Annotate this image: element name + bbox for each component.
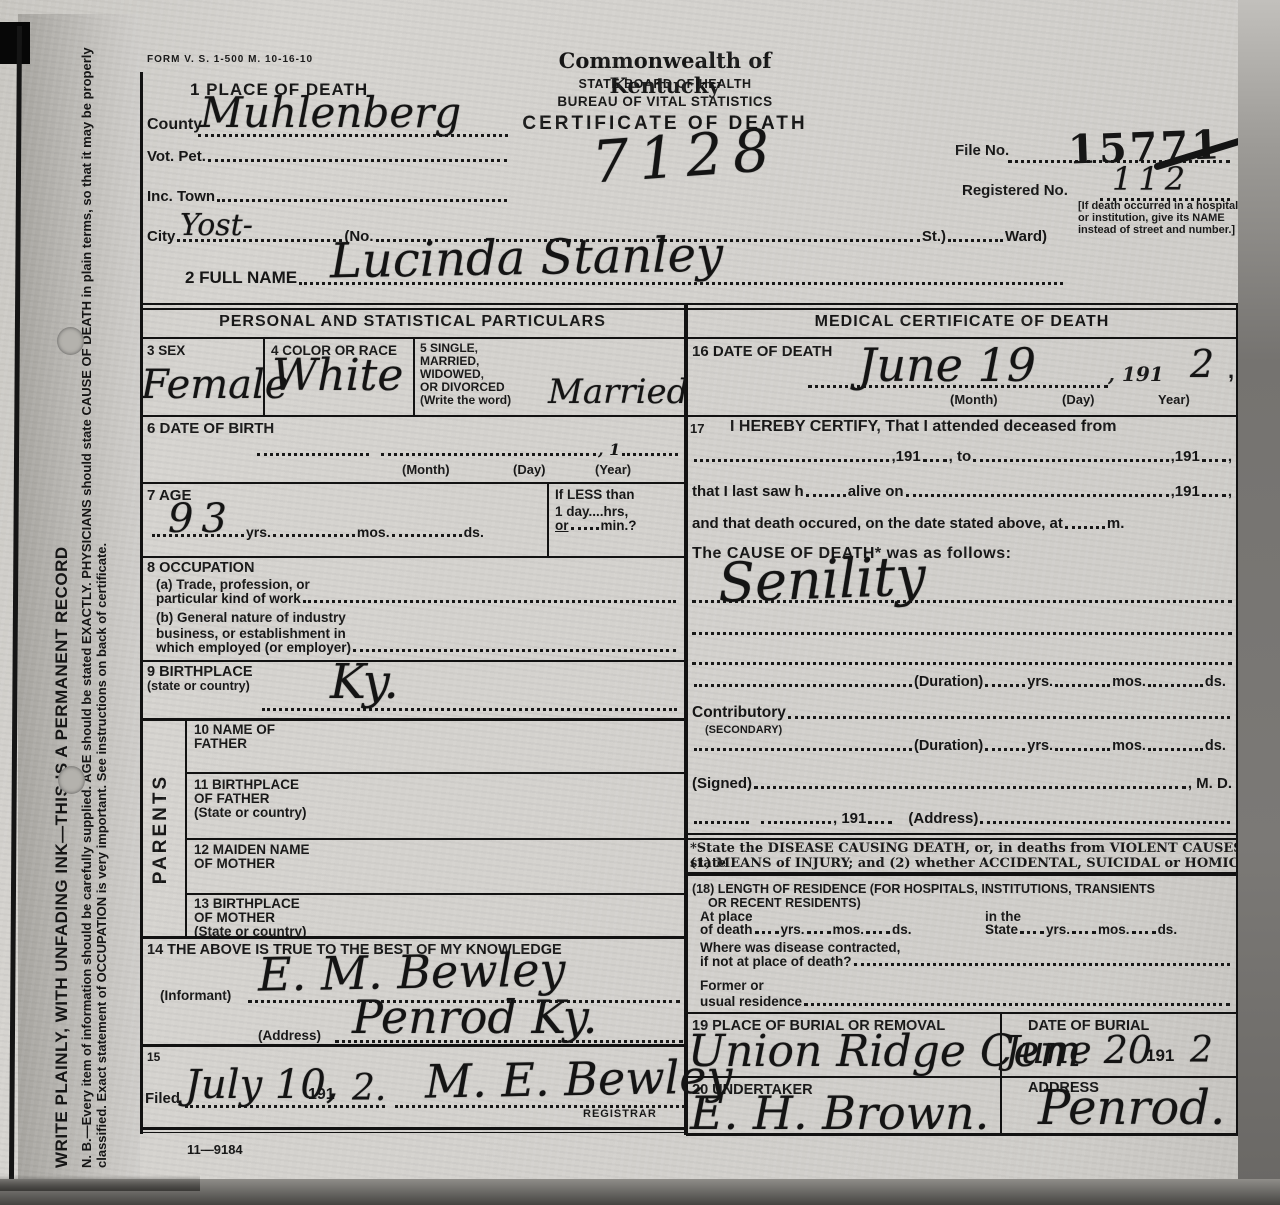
dotted-line [694, 459, 889, 462]
dotted-line [692, 632, 1232, 635]
mos-label: mos. [1112, 674, 1146, 690]
personal-section-title: PERSONAL AND STATISTICAL PARTICULARS [140, 313, 685, 331]
margin-bold-note: WRITE PLAINLY, WITH UNFADING INK—THIS IS… [52, 40, 72, 1168]
duration-label: (Duration) [914, 738, 983, 754]
dob-year-label: (Year) [595, 462, 631, 477]
rule [140, 718, 685, 721]
signed-address-label: (Address) [908, 810, 978, 827]
rule [413, 338, 415, 415]
mother-birthplace-label: 13 BIRTHPLACE OF MOTHER (State or countr… [194, 897, 307, 939]
dotted-line [571, 527, 599, 530]
age-yrs-label: yrs. [246, 524, 271, 540]
age-ds-label: ds. [464, 524, 484, 540]
dotted-line [854, 963, 1230, 966]
ward-label: Ward) [1005, 228, 1047, 245]
written-number: 7128 [590, 116, 782, 197]
signed-label: (Signed) [692, 775, 752, 792]
yrs-label: yrs. [781, 922, 805, 937]
signed-md: , M. D. [1188, 775, 1232, 792]
margin-notes: WRITE PLAINLY, WITH UNFADING INK—THIS IS… [52, 40, 109, 1168]
certify-line4-end: m. [1107, 515, 1125, 532]
dotted-line [1148, 684, 1203, 687]
rule [140, 1127, 685, 1130]
rule [686, 833, 1238, 835]
rule [140, 415, 685, 417]
ds-label: ds. [1205, 674, 1226, 690]
age-mos-label: mos. [357, 524, 390, 540]
filed-year-written: 2. [352, 1068, 386, 1109]
dotted-line [353, 649, 676, 652]
dod-year-label: Year) [1158, 392, 1190, 407]
mother-name-label: 12 MAIDEN NAME OF MOTHER [194, 843, 310, 871]
rule [547, 482, 549, 556]
contributory-label: Contributory [692, 704, 786, 722]
dotted-line [694, 684, 912, 687]
certify-line4: and that death occured, on the date stat… [692, 515, 1063, 532]
rule [140, 337, 1238, 339]
mos-label: mos. [1098, 922, 1130, 937]
registered-no-label: Registered No. [962, 182, 1068, 199]
dotted-line [1055, 748, 1110, 751]
residence-label2: OR RECENT RESIDENTS) [708, 896, 861, 910]
former-label1: Former or [700, 978, 764, 993]
certify-to: , to [949, 448, 972, 465]
registered-no-value: 112 [1112, 160, 1191, 198]
inc-town-label: Inc. Town [147, 188, 215, 205]
dod-comma: , [1228, 358, 1234, 384]
filed-date-written: July 10, [185, 1062, 339, 1108]
dotted-line [303, 600, 676, 603]
dotted-line [1072, 931, 1096, 934]
residence-label1: (18) LENGTH OF RESIDENCE (FOR HOSPITALS,… [692, 882, 1155, 896]
dob-year-prefix: , 1 [598, 440, 620, 459]
dotted-line [1020, 931, 1044, 934]
rule [686, 1012, 1238, 1014]
undertaker-address-value: Penrod. [1038, 1080, 1225, 1136]
dotted-line [755, 931, 779, 934]
form-code: 11—9184 [187, 1142, 243, 1157]
age-less-or: or [555, 518, 569, 533]
marital-value: Married [548, 372, 688, 412]
occupation-a2: particular kind of work [156, 591, 301, 606]
full-name-label: 2 FULL NAME [185, 268, 297, 288]
county-label: County [147, 116, 202, 134]
birthplace-label: 9 BIRTHPLACE [147, 664, 253, 680]
dotted-line [923, 459, 947, 462]
dod-month-label: (Month) [950, 392, 998, 407]
dotted-line [1148, 748, 1203, 751]
medical-section-title: MEDICAL CERTIFICATE OF DEATH [686, 313, 1238, 331]
dotted-line [761, 821, 831, 824]
dotted-line [694, 821, 749, 824]
dotted-line [804, 1003, 1230, 1006]
certify-no: 17 [690, 421, 704, 436]
city-value: Yost- [180, 208, 253, 243]
scan-artifact [1238, 0, 1280, 1205]
footnote-line2: (1) MEANS of INJURY; and (2) whether ACC… [690, 856, 1276, 871]
undertaker-value: E. H. Brown. [690, 1086, 989, 1140]
registrar-label: REGISTRAR [583, 1108, 657, 1120]
dotted-line [1100, 198, 1230, 201]
ds-label: ds. [1205, 738, 1226, 754]
st-label: St.) [922, 228, 946, 245]
rule [140, 1132, 685, 1133]
burial-year-written: 2 [1190, 1030, 1213, 1071]
full-name-value: Lucinda Stanley [330, 227, 724, 290]
dotted-line [906, 494, 1169, 497]
certify-191: ,191 [1171, 483, 1200, 500]
rule [140, 1044, 685, 1047]
rule [140, 482, 685, 484]
certify-comma: , [1228, 448, 1232, 465]
filed-label: Filed [145, 1090, 180, 1107]
dotted-line [868, 821, 892, 824]
bureau-heading: BUREAU OF VITAL STATISTICS [500, 94, 830, 109]
former-label2: usual residence [700, 994, 802, 1009]
dotted-line [866, 931, 890, 934]
dotted-line [262, 708, 677, 711]
dotted-line [788, 716, 1230, 719]
occupation-b2: business, or establishment in [156, 626, 346, 641]
occupation-label: 8 OCCUPATION [147, 560, 254, 576]
rule [140, 660, 685, 662]
secondary-label: (SECONDARY) [705, 724, 782, 736]
marital-label: 5 SINGLE, MARRIED, WIDOWED, OR DIVORCED … [420, 342, 511, 407]
certify-191: ,191 [1171, 448, 1200, 465]
rule [185, 718, 187, 938]
age-less-line1: If LESS than [555, 487, 635, 502]
vot-pet-label: Vot. Pet. [147, 148, 206, 165]
yrs-label: yrs. [1046, 922, 1070, 937]
dotted-line [973, 459, 1168, 462]
death-certificate-scan: WRITE PLAINLY, WITH UNFADING INK—THIS IS… [0, 0, 1280, 1205]
dotted-line [980, 821, 1230, 824]
informant-address-label: (Address) [258, 1028, 321, 1043]
rule [686, 838, 1238, 840]
dotted-line [208, 159, 507, 162]
father-birthplace-label: 11 BIRTHPLACE OF FATHER (State or countr… [194, 778, 307, 820]
dotted-line [622, 453, 678, 456]
father-name-label: 10 NAME OF FATHER [194, 723, 275, 751]
dob-month-label: (Month) [402, 462, 450, 477]
city-label: City [147, 228, 175, 245]
birthplace-sub: (state or country) [147, 679, 250, 693]
age-less-line2: 1 day....hrs, [555, 504, 628, 519]
dotted-line [806, 494, 846, 497]
certify-line3b: alive on [848, 483, 904, 500]
yrs-label: yrs. [1027, 738, 1053, 754]
dotted-line [985, 684, 1025, 687]
dotted-line [392, 534, 462, 537]
county-value: Muhlenberg [200, 88, 461, 137]
file-no-label: File No. [955, 142, 1009, 159]
dod-year-printed: , 191 [1108, 362, 1164, 386]
birthplace-value: Ky. [330, 654, 399, 710]
contracted-label1: Where was disease contracted, [700, 940, 900, 955]
filed-section-no: 15 [147, 1050, 160, 1064]
dotted-line [1202, 494, 1226, 497]
rule [686, 415, 1238, 417]
dod-label: 16 DATE OF DEATH [692, 343, 832, 360]
dotted-line [985, 748, 1025, 751]
sex-value: Female [141, 362, 288, 408]
burial-date-value: June 20 [1005, 1028, 1152, 1072]
dotted-line [1202, 459, 1226, 462]
signed-year: , 191 [833, 810, 866, 827]
rule [140, 556, 685, 558]
punch-hole [58, 766, 85, 794]
dob-day-label: (Day) [513, 462, 546, 477]
punch-hole [57, 327, 84, 355]
rule [140, 936, 685, 939]
race-value: White [272, 350, 403, 401]
at-place-label2: of death [700, 922, 753, 937]
informant-label: (Informant) [160, 988, 231, 1003]
scan-artifact [0, 22, 30, 64]
mos-label: mos. [833, 922, 865, 937]
dotted-line [807, 931, 831, 934]
dod-year-written: 2 [1190, 342, 1214, 386]
yrs-label: yrs. [1027, 674, 1053, 690]
rule [140, 303, 1238, 305]
dod-day-label: (Day) [1062, 392, 1095, 407]
certify-191: ,191 [891, 448, 920, 465]
rule [686, 872, 1238, 876]
sex-label: 3 SEX [147, 343, 185, 358]
dotted-line [257, 453, 369, 456]
dotted-line [948, 239, 1003, 242]
dotted-line [1065, 526, 1105, 529]
age-value: 93 [168, 496, 235, 542]
rule [140, 308, 1238, 310]
state-board-heading: STATE BOARD OF HEALTH [500, 77, 830, 91]
burial-year-printed: 191 [1146, 1046, 1174, 1066]
duration-label: (Duration) [914, 674, 983, 690]
age-less-min: min.? [601, 518, 637, 533]
certify-comma: , [1228, 483, 1232, 500]
form-number: FORM V. S. 1-500 M. 10-16-10 [147, 54, 313, 65]
rule [185, 772, 685, 774]
dod-value: June 19 [858, 338, 1036, 392]
dotted-line [273, 534, 355, 537]
dob-label: 6 DATE OF BIRTH [147, 420, 274, 437]
occupation-b1: (b) General nature of industry [156, 610, 346, 625]
rule [140, 72, 143, 1134]
rule [185, 838, 685, 840]
certify-line1: I HEREBY CERTIFY, That I attended deceas… [730, 418, 1116, 436]
dotted-line [381, 453, 596, 456]
informant-address-value: Penrod Ky. [352, 990, 597, 1044]
ds-label: ds. [1158, 922, 1178, 937]
rule [185, 893, 685, 895]
dotted-line [1132, 931, 1156, 934]
in-the-state-label: State [985, 922, 1018, 937]
parents-side-label: PARENTS [150, 769, 172, 889]
registrar-signature: M. E. Bewley [425, 1049, 733, 1108]
cause-value: Senility [717, 544, 927, 614]
certify-line3a: that I last saw h [692, 483, 804, 500]
mos-label: mos. [1112, 738, 1146, 754]
dotted-line [694, 748, 912, 751]
scan-artifact [0, 1175, 200, 1191]
dotted-line [754, 786, 1186, 789]
ds-label: ds. [892, 922, 912, 937]
hospital-note: [If death occurred in a hospital or inst… [1078, 200, 1246, 236]
dotted-line [692, 662, 1232, 665]
occupation-b3: which employed (or employer) [156, 640, 351, 655]
dotted-line [1055, 684, 1110, 687]
margin-instruction-note: N. B.—Every item of information should b… [79, 40, 109, 1168]
occupation-a1: (a) Trade, profession, or [156, 577, 310, 592]
contracted-label2: if not at place of death? [700, 954, 852, 969]
dotted-line [217, 199, 507, 202]
